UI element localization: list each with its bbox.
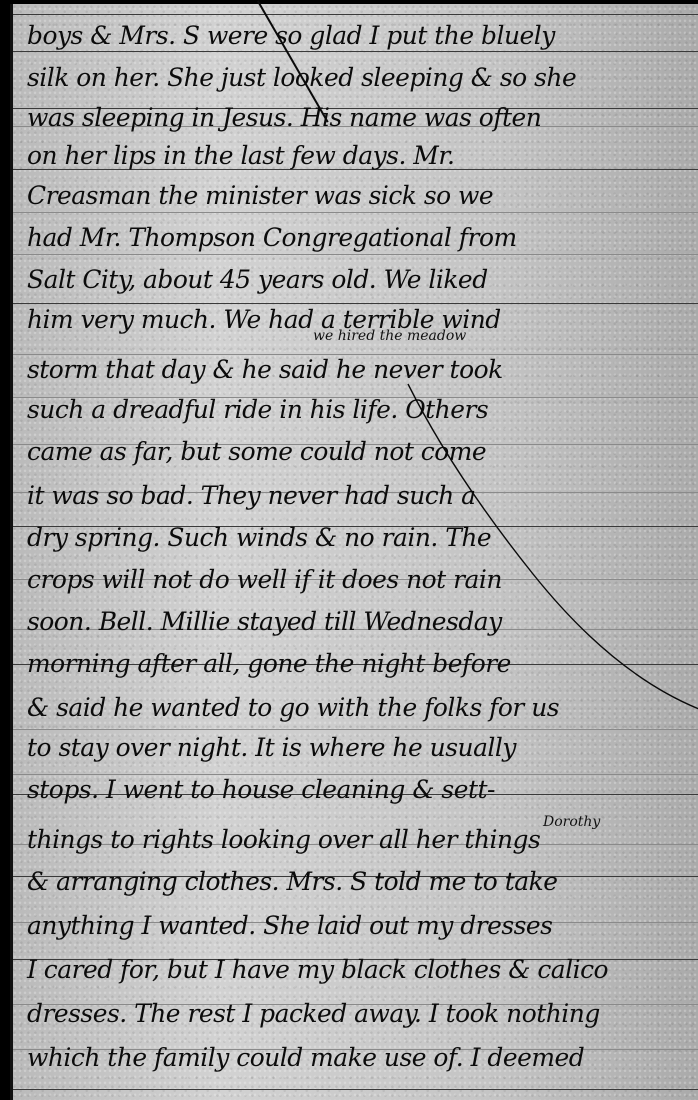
handwritten-line: which the family could make use of. I de…	[27, 1038, 687, 1078]
handwritten-line: soon. Bell. Millie stayed till Wednesday	[27, 602, 687, 642]
interlinear-note: Dorothy	[543, 814, 600, 830]
handwritten-line: it was so bad. They never had such a	[27, 476, 687, 516]
handwritten-line: & said he wanted to go with the folks fo…	[27, 688, 687, 728]
handwritten-line: to stay over night. It is where he usual…	[27, 728, 687, 768]
handwritten-line: silk on her. She just looked sleeping & …	[27, 58, 687, 98]
letter-page: boys & Mrs. S were so glad I put the blu…	[10, 4, 698, 1100]
handwritten-line: morning after all, gone the night before	[27, 644, 687, 684]
interlinear-note: we hired the meadow	[313, 328, 466, 344]
handwritten-line: on her lips in the last few days. Mr.	[27, 136, 687, 176]
handwritten-line: & arranging clothes. Mrs. S told me to t…	[27, 862, 687, 902]
handwritten-line: Salt City, about 45 years old. We liked	[27, 260, 687, 300]
handwritten-line: dresses. The rest I packed away. I took …	[27, 994, 687, 1034]
handwritten-line: such a dreadful ride in his life. Others	[27, 390, 687, 430]
handwritten-line: boys & Mrs. S were so glad I put the blu…	[27, 16, 687, 56]
handwritten-line: came as far, but some could not come	[27, 432, 687, 472]
ruled-line	[13, 1089, 698, 1090]
handwritten-line: crops will not do well if it does not ra…	[27, 560, 687, 600]
handwritten-line: stops. I went to house cleaning & sett-	[27, 770, 687, 810]
ruled-line	[13, 14, 698, 15]
handwritten-line: was sleeping in Jesus. His name was ofte…	[27, 98, 687, 138]
handwritten-line: had Mr. Thompson Congregational from	[27, 218, 687, 258]
handwritten-line: Creasman the minister was sick so we	[27, 176, 687, 216]
handwritten-line: I cared for, but I have my black clothes…	[27, 950, 687, 990]
handwritten-line: dry spring. Such winds & no rain. The	[27, 518, 687, 558]
handwritten-line: storm that day & he said he never took	[27, 350, 687, 390]
handwritten-line: anything I wanted. She laid out my dress…	[27, 906, 687, 946]
